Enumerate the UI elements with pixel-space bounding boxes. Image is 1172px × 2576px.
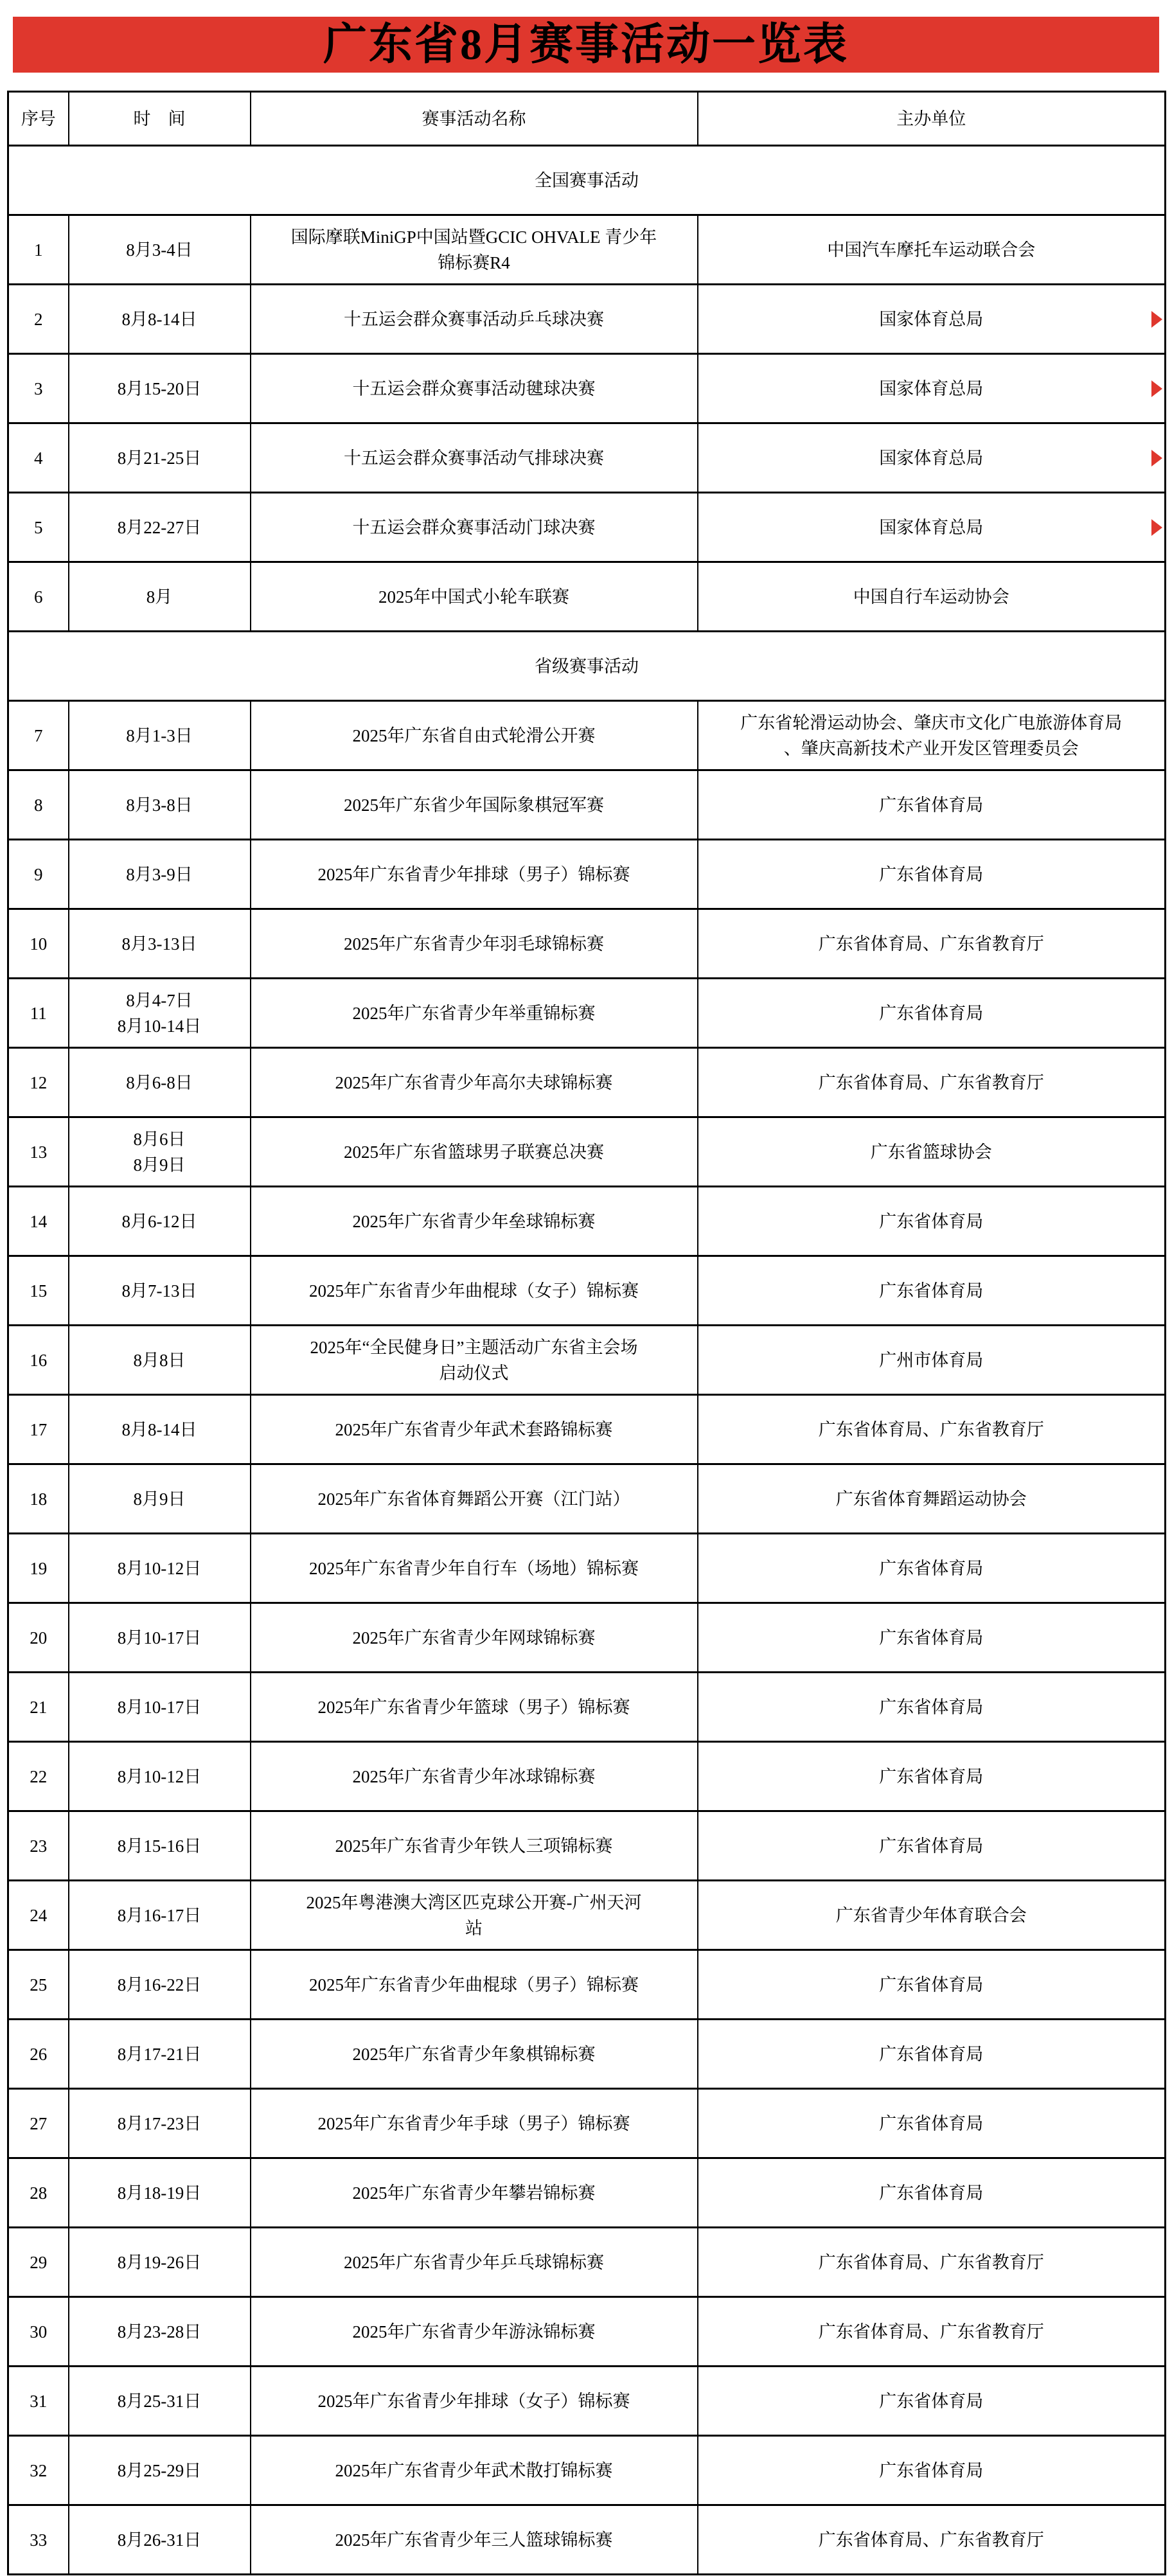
serial-cell: 24	[8, 1881, 69, 1950]
event-name-cell: 2025年广东省青少年游泳锦标赛	[251, 2297, 698, 2367]
serial-cell-text: 5	[34, 518, 43, 537]
serial-cell-text: 8	[34, 795, 43, 815]
table-row: 298月19-26日2025年广东省青少年乒乓球锦标赛广东省体育局、广东省教育厅	[8, 2228, 1166, 2297]
table-row: 188月9日2025年广东省体育舞蹈公开赛（江门站）广东省体育舞蹈运动协会	[8, 1464, 1166, 1534]
serial-cell-text: 23	[30, 1836, 47, 1856]
table-row: 48月21-25日十五运会群众赛事活动气排球决赛国家体育总局	[8, 423, 1166, 493]
event-name-cell-text: 国际摩联MiniGP中国站暨GCIC OHVALE 青少年 锦标赛R4	[291, 227, 657, 272]
page: 广东省8月赛事活动一览表 序号 时 间 赛事活动名称 主办单位 全国赛事活动18…	[0, 0, 1172, 2576]
section-row: 全国赛事活动	[8, 146, 1166, 215]
header-organizer: 主办单位	[698, 92, 1166, 146]
organizer-cell: 广东省体育局	[698, 979, 1166, 1048]
serial-cell-text: 24	[30, 1906, 47, 1925]
event-name-cell: 2025年中国式小轮车联赛	[251, 562, 698, 632]
organizer-cell-text: 广东省轮滑运动协会、肇庆市文化广电旅游体育局 、肇庆高新技术产业开发区管理委员会	[740, 713, 1122, 758]
organizer-cell: 广东省体育局	[698, 1811, 1166, 1881]
table-row: 268月17-21日2025年广东省青少年象棋锦标赛广东省体育局	[8, 2020, 1166, 2089]
organizer-cell: 广东省体育局	[698, 1673, 1166, 1742]
table-row: 88月3-8日2025年广东省少年国际象棋冠军赛广东省体育局	[8, 770, 1166, 840]
page-title: 广东省8月赛事活动一览表	[323, 17, 849, 73]
event-name-cell-text: 2025年广东省青少年篮球（男子）锦标赛	[318, 1698, 630, 1717]
time-cell: 8月8-14日	[69, 1395, 251, 1464]
organizer-cell-text: 广东省体育局、广东省教育厅	[819, 2322, 1044, 2341]
time-cell-text: 8月19-26日	[118, 2253, 202, 2272]
serial-cell: 7	[8, 701, 69, 770]
time-cell: 8月	[69, 562, 251, 632]
serial-cell: 14	[8, 1187, 69, 1256]
time-cell: 8月26-31日	[69, 2505, 251, 2575]
organizer-cell: 广东省体育局	[698, 2367, 1166, 2436]
event-name-cell: 2025年广东省青少年排球（男子）锦标赛	[251, 840, 698, 909]
organizer-cell-text: 国家体育总局	[879, 310, 983, 329]
serial-cell-text: 18	[30, 1489, 47, 1509]
serial-cell-text: 28	[30, 2183, 47, 2203]
serial-cell: 25	[8, 1950, 69, 2020]
event-name-cell-text: 2025年广东省青少年排球（女子）锦标赛	[318, 2392, 630, 2411]
organizer-cell-text: 国家体育总局	[879, 518, 983, 537]
event-name-cell: 2025年广东省青少年乒乓球锦标赛	[251, 2228, 698, 2297]
serial-cell: 4	[8, 423, 69, 493]
event-name-cell: 2025年广东省青少年篮球（男子）锦标赛	[251, 1673, 698, 1742]
time-cell-text: 8月	[146, 587, 173, 607]
serial-cell: 18	[8, 1464, 69, 1534]
serial-cell-text: 16	[30, 1351, 47, 1370]
event-name-cell: 2025年“全民健身日”主题活动广东省主会场 启动仪式	[251, 1326, 698, 1395]
serial-cell-text: 17	[30, 1420, 47, 1439]
serial-cell: 16	[8, 1326, 69, 1395]
serial-cell-text: 33	[30, 2530, 47, 2550]
serial-cell-text: 27	[30, 2114, 47, 2133]
time-cell-text: 8月15-16日	[118, 1836, 202, 1856]
table-row: 328月25-29日2025年广东省青少年武术散打锦标赛广东省体育局	[8, 2436, 1166, 2505]
serial-cell: 28	[8, 2158, 69, 2228]
time-cell-text: 8月17-23日	[118, 2114, 202, 2133]
time-cell-text: 8月6日 8月9日	[134, 1130, 186, 1175]
time-cell: 8月6-8日	[69, 1048, 251, 1117]
time-cell: 8月7-13日	[69, 1256, 251, 1326]
organizer-cell: 广东省体育局	[698, 2158, 1166, 2228]
event-name-cell: 2025年广东省青少年举重锦标赛	[251, 979, 698, 1048]
time-cell-text: 8月3-9日	[126, 865, 193, 884]
organizer-cell: 广东省体育局、广东省教育厅	[698, 909, 1166, 979]
organizer-cell-text: 广东省体育局	[879, 1975, 983, 1994]
organizer-cell-text: 广东省体育局	[879, 1836, 983, 1856]
event-name-cell: 2025年广东省青少年攀岩锦标赛	[251, 2158, 698, 2228]
event-name-cell-text: 2025年广东省青少年游泳锦标赛	[353, 2322, 596, 2341]
table-row: 28月8-14日十五运会群众赛事活动乒乓球决赛国家体育总局	[8, 285, 1166, 354]
event-name-cell: 2025年广东省青少年曲棍球（男子）锦标赛	[251, 1950, 698, 2020]
event-name-cell: 2025年广东省青少年手球（男子）锦标赛	[251, 2089, 698, 2158]
table-row: 108月3-13日2025年广东省青少年羽毛球锦标赛广东省体育局、广东省教育厅	[8, 909, 1166, 979]
event-name-cell: 2025年广东省青少年三人篮球锦标赛	[251, 2505, 698, 2575]
time-cell: 8月25-29日	[69, 2436, 251, 2505]
serial-cell: 33	[8, 2505, 69, 2575]
time-cell-text: 8月22-27日	[118, 518, 202, 537]
organizer-cell: 广东省体育局	[698, 840, 1166, 909]
organizer-cell-text: 广东省体育局	[879, 1004, 983, 1023]
time-cell-text: 8月21-25日	[118, 449, 202, 468]
event-name-cell: 2025年广东省青少年武术散打锦标赛	[251, 2436, 698, 2505]
time-cell-text: 8月25-29日	[118, 2461, 202, 2480]
serial-cell-text: 11	[30, 1004, 47, 1023]
red-triangle-marker-icon	[1151, 311, 1162, 328]
organizer-cell: 广东省体育局	[698, 2089, 1166, 2158]
event-name-cell-text: 2025年广东省青少年羽毛球锦标赛	[344, 934, 604, 954]
event-name-cell-text: 2025年广东省青少年举重锦标赛	[353, 1004, 596, 1023]
table-row: 198月10-12日2025年广东省青少年自行车（场地）锦标赛广东省体育局	[8, 1534, 1166, 1603]
event-name-cell: 十五运会群众赛事活动毽球决赛	[251, 354, 698, 423]
time-cell: 8月17-21日	[69, 2020, 251, 2089]
organizer-cell: 广东省体育局	[698, 2020, 1166, 2089]
table-row: 98月3-9日2025年广东省青少年排球（男子）锦标赛广东省体育局	[8, 840, 1166, 909]
serial-cell-text: 15	[30, 1281, 47, 1301]
event-name-cell-text: 2025年广东省青少年乒乓球锦标赛	[344, 2253, 604, 2272]
event-name-cell: 十五运会群众赛事活动乒乓球决赛	[251, 285, 698, 354]
event-name-cell-text: 2025年广东省青少年垒球锦标赛	[353, 1212, 596, 1231]
serial-cell-text: 26	[30, 2045, 47, 2064]
serial-cell-text: 30	[30, 2322, 47, 2341]
time-cell: 8月22-27日	[69, 493, 251, 562]
organizer-cell: 广州市体育局	[698, 1326, 1166, 1395]
event-name-cell: 2025年广东省青少年冰球锦标赛	[251, 1742, 698, 1811]
organizer-cell: 国家体育总局	[698, 354, 1166, 423]
section-row: 省级赛事活动	[8, 632, 1166, 701]
table-row: 228月10-12日2025年广东省青少年冰球锦标赛广东省体育局	[8, 1742, 1166, 1811]
organizer-cell-text: 广东省体育局、广东省教育厅	[819, 2530, 1044, 2550]
serial-cell-text: 22	[30, 1767, 47, 1786]
organizer-cell-text: 广东省体育局	[879, 1559, 983, 1578]
serial-cell-text: 9	[34, 865, 43, 884]
serial-cell-text: 12	[30, 1073, 47, 1092]
serial-cell: 26	[8, 2020, 69, 2089]
event-name-cell-text: 2025年广东省青少年攀岩锦标赛	[353, 2183, 596, 2203]
serial-cell-text: 10	[30, 934, 47, 954]
organizer-cell-text: 广东省体育局	[879, 1281, 983, 1301]
time-cell: 8月17-23日	[69, 2089, 251, 2158]
time-cell-text: 8月25-31日	[118, 2392, 202, 2411]
section-label: 省级赛事活动	[8, 632, 1166, 701]
event-name-cell-text: 十五运会群众赛事活动门球决赛	[353, 518, 596, 537]
event-name-cell: 2025年广东省青少年武术套路锦标赛	[251, 1395, 698, 1464]
event-name-cell-text: 2025年广东省青少年手球（男子）锦标赛	[318, 2114, 630, 2133]
serial-cell: 3	[8, 354, 69, 423]
table-row: 308月23-28日2025年广东省青少年游泳锦标赛广东省体育局、广东省教育厅	[8, 2297, 1166, 2367]
organizer-cell: 广东省体育局	[698, 1742, 1166, 1811]
serial-cell-text: 19	[30, 1559, 47, 1578]
serial-cell-text: 31	[30, 2392, 47, 2411]
time-cell-text: 8月26-31日	[118, 2530, 202, 2550]
red-triangle-marker-icon	[1151, 450, 1162, 466]
event-name-cell-text: 2025年广东省自由式轮滑公开赛	[353, 726, 596, 745]
time-cell: 8月16-22日	[69, 1950, 251, 2020]
organizer-cell: 广东省篮球协会	[698, 1117, 1166, 1187]
event-name-cell-text: 2025年广东省青少年自行车（场地）锦标赛	[309, 1559, 639, 1578]
time-cell: 8月3-4日	[69, 215, 251, 285]
time-cell-text: 8月8日	[134, 1351, 186, 1370]
time-cell-text: 8月1-3日	[126, 726, 193, 745]
table-row: 248月16-17日2025年粤港澳大湾区匹克球公开赛-广州天河 站广东省青少年…	[8, 1881, 1166, 1950]
time-cell-text: 8月18-19日	[118, 2183, 202, 2203]
time-cell-text: 8月3-4日	[126, 240, 193, 260]
serial-cell: 5	[8, 493, 69, 562]
organizer-cell: 广东省体育局	[698, 1187, 1166, 1256]
organizer-cell-text: 广东省体育局	[879, 2392, 983, 2411]
time-cell: 8月8-14日	[69, 285, 251, 354]
event-name-cell-text: 十五运会群众赛事活动乒乓球决赛	[344, 310, 604, 329]
serial-cell: 6	[8, 562, 69, 632]
time-cell: 8月23-28日	[69, 2297, 251, 2367]
time-cell: 8月18-19日	[69, 2158, 251, 2228]
event-name-cell-text: 2025年广东省青少年网球锦标赛	[353, 1628, 596, 1648]
event-name-cell-text: 2025年中国式小轮车联赛	[378, 587, 569, 607]
table-row: 118月4-7日 8月10-14日2025年广东省青少年举重锦标赛广东省体育局	[8, 979, 1166, 1048]
organizer-cell: 广东省体育局、广东省教育厅	[698, 2505, 1166, 2575]
event-name-cell: 2025年广东省青少年铁人三项锦标赛	[251, 1811, 698, 1881]
table-header: 序号 时 间 赛事活动名称 主办单位	[8, 92, 1166, 146]
serial-cell-text: 32	[30, 2461, 47, 2480]
serial-cell: 22	[8, 1742, 69, 1811]
time-cell: 8月16-17日	[69, 1881, 251, 1950]
time-cell: 8月6-12日	[69, 1187, 251, 1256]
red-triangle-marker-icon	[1151, 519, 1162, 536]
time-cell: 8月9日	[69, 1464, 251, 1534]
serial-cell: 32	[8, 2436, 69, 2505]
time-cell-text: 8月6-8日	[126, 1073, 193, 1092]
serial-cell-text: 7	[34, 726, 43, 745]
serial-cell: 21	[8, 1673, 69, 1742]
section-label: 全国赛事活动	[8, 146, 1166, 215]
organizer-cell: 广东省体育舞蹈运动协会	[698, 1464, 1166, 1534]
header-event-name: 赛事活动名称	[251, 92, 698, 146]
serial-cell: 20	[8, 1603, 69, 1673]
time-cell: 8月3-13日	[69, 909, 251, 979]
event-name-cell-text: 2025年广东省青少年三人篮球锦标赛	[335, 2530, 613, 2550]
event-name-cell: 2025年广东省青少年自行车（场地）锦标赛	[251, 1534, 698, 1603]
time-cell-text: 8月3-13日	[122, 934, 197, 954]
table-body: 全国赛事活动18月3-4日国际摩联MiniGP中国站暨GCIC OHVALE 青…	[8, 146, 1166, 2575]
event-name-cell: 2025年广东省青少年高尔夫球锦标赛	[251, 1048, 698, 1117]
time-cell: 8月15-16日	[69, 1811, 251, 1881]
organizer-cell-text: 广东省体育局	[879, 2183, 983, 2203]
table-row: 38月15-20日十五运会群众赛事活动毽球决赛国家体育总局	[8, 354, 1166, 423]
serial-cell: 15	[8, 1256, 69, 1326]
event-name-cell: 2025年粤港澳大湾区匹克球公开赛-广州天河 站	[251, 1881, 698, 1950]
time-cell: 8月10-12日	[69, 1742, 251, 1811]
time-cell: 8月10-17日	[69, 1603, 251, 1673]
time-cell: 8月6日 8月9日	[69, 1117, 251, 1187]
table-row: 148月6-12日2025年广东省青少年垒球锦标赛广东省体育局	[8, 1187, 1166, 1256]
serial-cell-text: 14	[30, 1212, 47, 1231]
serial-cell: 30	[8, 2297, 69, 2367]
time-cell-text: 8月15-20日	[118, 379, 202, 398]
organizer-cell-text: 广东省篮球协会	[871, 1142, 992, 1162]
event-name-cell: 国际摩联MiniGP中国站暨GCIC OHVALE 青少年 锦标赛R4	[251, 215, 698, 285]
event-name-cell-text: 2025年广东省青少年武术散打锦标赛	[335, 2461, 613, 2480]
header-row: 序号 时 间 赛事活动名称 主办单位	[8, 92, 1166, 146]
serial-cell: 10	[8, 909, 69, 979]
organizer-cell: 国家体育总局	[698, 423, 1166, 493]
event-name-cell-text: 十五运会群众赛事活动毽球决赛	[353, 379, 596, 398]
event-name-cell-text: 2025年广东省青少年冰球锦标赛	[353, 1767, 596, 1786]
serial-cell: 19	[8, 1534, 69, 1603]
organizer-cell-text: 国家体育总局	[879, 449, 983, 468]
serial-cell-text: 1	[34, 240, 43, 260]
organizer-cell-text: 广东省体育局、广东省教育厅	[819, 934, 1044, 954]
time-cell-text: 8月8-14日	[122, 1420, 197, 1439]
time-cell: 8月8日	[69, 1326, 251, 1395]
time-cell: 8月15-20日	[69, 354, 251, 423]
table-row: 338月26-31日2025年广东省青少年三人篮球锦标赛广东省体育局、广东省教育…	[8, 2505, 1166, 2575]
time-cell: 8月1-3日	[69, 701, 251, 770]
organizer-cell: 广东省体育局	[698, 1603, 1166, 1673]
serial-cell-text: 4	[34, 449, 43, 468]
time-cell: 8月21-25日	[69, 423, 251, 493]
title-banner: 广东省8月赛事活动一览表	[13, 17, 1159, 73]
table-row: 128月6-8日2025年广东省青少年高尔夫球锦标赛广东省体育局、广东省教育厅	[8, 1048, 1166, 1117]
time-cell-text: 8月6-12日	[122, 1212, 197, 1231]
organizer-cell-text: 中国自行车运动协会	[853, 587, 1009, 607]
serial-cell-text: 6	[34, 587, 43, 607]
serial-cell: 27	[8, 2089, 69, 2158]
organizer-cell: 广东省体育局、广东省教育厅	[698, 2228, 1166, 2297]
organizer-cell: 广东省体育局	[698, 770, 1166, 840]
serial-cell-text: 21	[30, 1698, 47, 1717]
time-cell: 8月4-7日 8月10-14日	[69, 979, 251, 1048]
organizer-cell-text: 广东省体育局	[879, 795, 983, 815]
serial-cell-text: 25	[30, 1975, 47, 1994]
serial-cell: 17	[8, 1395, 69, 1464]
time-cell-text: 8月10-12日	[118, 1559, 202, 1578]
serial-cell: 29	[8, 2228, 69, 2297]
time-cell-text: 8月10-17日	[118, 1698, 202, 1717]
table-row: 218月10-17日2025年广东省青少年篮球（男子）锦标赛广东省体育局	[8, 1673, 1166, 1742]
organizer-cell: 国家体育总局	[698, 493, 1166, 562]
organizer-cell-text: 广东省体育局、广东省教育厅	[819, 1420, 1044, 1439]
serial-cell-text: 29	[30, 2253, 47, 2272]
event-name-cell: 2025年广东省青少年曲棍球（女子）锦标赛	[251, 1256, 698, 1326]
serial-cell: 9	[8, 840, 69, 909]
organizer-cell: 广东省体育局	[698, 1256, 1166, 1326]
event-name-cell: 2025年广东省青少年网球锦标赛	[251, 1603, 698, 1673]
serial-cell: 11	[8, 979, 69, 1048]
organizer-cell-text: 广东省体育局、广东省教育厅	[819, 1073, 1044, 1092]
organizer-cell-text: 广东省体育局	[879, 865, 983, 884]
event-name-cell-text: 2025年广东省青少年武术套路锦标赛	[335, 1420, 613, 1439]
table-row: 78月1-3日2025年广东省自由式轮滑公开赛广东省轮滑运动协会、肇庆市文化广电…	[8, 701, 1166, 770]
organizer-cell: 中国汽车摩托车运动联合会	[698, 215, 1166, 285]
serial-cell: 2	[8, 285, 69, 354]
header-serial: 序号	[8, 92, 69, 146]
serial-cell: 31	[8, 2367, 69, 2436]
event-name-cell: 2025年广东省体育舞蹈公开赛（江门站）	[251, 1464, 698, 1534]
time-cell: 8月3-8日	[69, 770, 251, 840]
time-cell-text: 8月16-22日	[118, 1975, 202, 1994]
serial-cell-text: 2	[34, 310, 43, 329]
serial-cell: 12	[8, 1048, 69, 1117]
organizer-cell-text: 广东省体育舞蹈运动协会	[836, 1489, 1027, 1509]
organizer-cell: 中国自行车运动协会	[698, 562, 1166, 632]
table-row: 158月7-13日2025年广东省青少年曲棍球（女子）锦标赛广东省体育局	[8, 1256, 1166, 1326]
event-name-cell: 2025年广东省青少年象棋锦标赛	[251, 2020, 698, 2089]
time-cell: 8月10-17日	[69, 1673, 251, 1742]
event-name-cell-text: 2025年广东省青少年曲棍球（女子）锦标赛	[309, 1281, 639, 1301]
time-cell-text: 8月10-12日	[118, 1767, 202, 1786]
serial-cell: 13	[8, 1117, 69, 1187]
event-name-cell-text: 2025年广东省篮球男子联赛总决赛	[344, 1142, 604, 1162]
time-cell-text: 8月16-17日	[118, 1906, 202, 1925]
time-cell-text: 8月23-28日	[118, 2322, 202, 2341]
time-cell: 8月10-12日	[69, 1534, 251, 1603]
table-row: 18月3-4日国际摩联MiniGP中国站暨GCIC OHVALE 青少年 锦标赛…	[8, 215, 1166, 285]
time-cell-text: 8月17-21日	[118, 2045, 202, 2064]
event-name-cell: 2025年广东省自由式轮滑公开赛	[251, 701, 698, 770]
serial-cell: 1	[8, 215, 69, 285]
organizer-cell: 广东省体育局	[698, 1950, 1166, 2020]
organizer-cell-text: 广东省体育局、广东省教育厅	[819, 2253, 1044, 2272]
event-name-cell: 十五运会群众赛事活动门球决赛	[251, 493, 698, 562]
table-row: 318月25-31日2025年广东省青少年排球（女子）锦标赛广东省体育局	[8, 2367, 1166, 2436]
serial-cell: 8	[8, 770, 69, 840]
time-cell-text: 8月3-8日	[126, 795, 193, 815]
organizer-cell: 国家体育总局	[698, 285, 1166, 354]
organizer-cell: 广东省体育局	[698, 1534, 1166, 1603]
organizer-cell: 广东省体育局、广东省教育厅	[698, 1048, 1166, 1117]
event-name-cell: 2025年广东省青少年羽毛球锦标赛	[251, 909, 698, 979]
table-row: 258月16-22日2025年广东省青少年曲棍球（男子）锦标赛广东省体育局	[8, 1950, 1166, 2020]
organizer-cell-text: 广东省青少年体育联合会	[836, 1906, 1027, 1925]
event-name-cell: 十五运会群众赛事活动气排球决赛	[251, 423, 698, 493]
event-name-cell: 2025年广东省少年国际象棋冠军赛	[251, 770, 698, 840]
organizer-cell: 广东省体育局、广东省教育厅	[698, 1395, 1166, 1464]
event-name-cell-text: 2025年广东省青少年铁人三项锦标赛	[335, 1836, 613, 1856]
time-cell-text: 8月10-17日	[118, 1628, 202, 1648]
event-name-cell-text: 2025年“全民健身日”主题活动广东省主会场 启动仪式	[310, 1338, 638, 1383]
organizer-cell-text: 广东省体育局	[879, 1767, 983, 1786]
organizer-cell-text: 广东省体育局	[879, 2461, 983, 2480]
time-cell: 8月19-26日	[69, 2228, 251, 2297]
organizer-cell-text: 广东省体育局	[879, 2045, 983, 2064]
red-triangle-marker-icon	[1151, 380, 1162, 397]
table-row: 58月22-27日十五运会群众赛事活动门球决赛国家体育总局	[8, 493, 1166, 562]
organizer-cell-text: 广东省体育局	[879, 1212, 983, 1231]
event-name-cell-text: 2025年广东省青少年排球（男子）锦标赛	[318, 865, 630, 884]
event-name-cell-text: 2025年广东省体育舞蹈公开赛（江门站）	[318, 1489, 630, 1509]
organizer-cell-text: 中国汽车摩托车运动联合会	[827, 240, 1035, 260]
organizer-cell: 广东省青少年体育联合会	[698, 1881, 1166, 1950]
organizer-cell-text: 广东省体育局	[879, 1628, 983, 1648]
event-name-cell-text: 2025年广东省青少年曲棍球（男子）锦标赛	[309, 1975, 639, 1994]
serial-cell: 23	[8, 1811, 69, 1881]
organizer-cell-text: 广州市体育局	[879, 1351, 983, 1370]
organizer-cell: 广东省轮滑运动协会、肇庆市文化广电旅游体育局 、肇庆高新技术产业开发区管理委员会	[698, 701, 1166, 770]
time-cell-text: 8月7-13日	[122, 1281, 197, 1301]
serial-cell-text: 3	[34, 379, 43, 398]
time-cell-text: 8月4-7日 8月10-14日	[118, 991, 202, 1036]
table-row: 168月8日2025年“全民健身日”主题活动广东省主会场 启动仪式广州市体育局	[8, 1326, 1166, 1395]
organizer-cell-text: 广东省体育局	[879, 2114, 983, 2133]
event-name-cell: 2025年广东省青少年排球（女子）锦标赛	[251, 2367, 698, 2436]
table-row: 138月6日 8月9日2025年广东省篮球男子联赛总决赛广东省篮球协会	[8, 1117, 1166, 1187]
event-name-cell-text: 2025年广东省少年国际象棋冠军赛	[344, 795, 604, 815]
table-row: 288月18-19日2025年广东省青少年攀岩锦标赛广东省体育局	[8, 2158, 1166, 2228]
table-row: 208月10-17日2025年广东省青少年网球锦标赛广东省体育局	[8, 1603, 1166, 1673]
organizer-cell: 广东省体育局、广东省教育厅	[698, 2297, 1166, 2367]
table-row: 178月8-14日2025年广东省青少年武术套路锦标赛广东省体育局、广东省教育厅	[8, 1395, 1166, 1464]
table-row: 68月2025年中国式小轮车联赛中国自行车运动协会	[8, 562, 1166, 632]
time-cell: 8月25-31日	[69, 2367, 251, 2436]
event-name-cell-text: 2025年广东省青少年高尔夫球锦标赛	[335, 1073, 613, 1092]
organizer-cell-text: 广东省体育局	[879, 1698, 983, 1717]
